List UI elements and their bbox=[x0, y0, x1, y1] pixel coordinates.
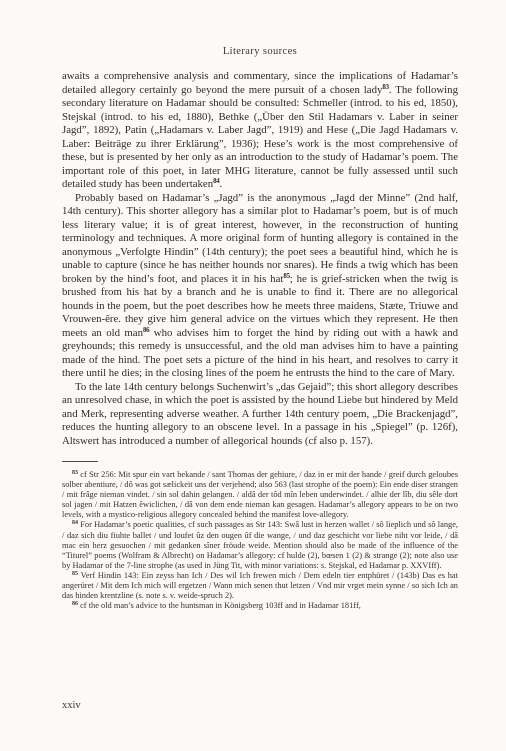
text-run: Probably based on Hadamar’s „Jagd” is th… bbox=[62, 192, 458, 285]
paragraph-1: awaits a comprehensive analysis and comm… bbox=[62, 70, 458, 192]
page-number: xxiv bbox=[62, 700, 81, 711]
footnote-marker: 85 bbox=[72, 571, 78, 577]
footnote-separator-rule bbox=[62, 461, 98, 462]
footnote-86: 86 cf the old man’s advice to the huntsm… bbox=[62, 601, 458, 611]
footnote-85: 85 Verf Hindin 143: Ein zeyss han Ich / … bbox=[62, 571, 458, 601]
footnote-marker: 86 bbox=[72, 601, 78, 607]
footnote-84: 84 For Hadamar’s poetic qualities, cf su… bbox=[62, 520, 458, 570]
footnote-text: cf Str 256: Mit spur ein vart bekande / … bbox=[62, 470, 458, 519]
footnote-text: Verf Hindin 143: Ein zeyss han Ich / Des… bbox=[62, 571, 458, 600]
running-head: Literary sources bbox=[62, 46, 458, 57]
footnote-marker: 84 bbox=[72, 520, 78, 526]
paragraph-2: Probably based on Hadamar’s „Jagd” is th… bbox=[62, 192, 458, 381]
book-page: Literary sources awaits a comprehensive … bbox=[0, 0, 506, 751]
text-run: . The following secondary literature on … bbox=[62, 84, 458, 191]
footnote-83: 83 cf Str 256: Mit spur ein vart bekande… bbox=[62, 470, 458, 520]
main-text: awaits a comprehensive analysis and comm… bbox=[62, 70, 458, 448]
text-run: . bbox=[220, 178, 223, 190]
footnote-text: cf the old man’s advice to the huntsman … bbox=[80, 601, 361, 610]
text-run: To the late 14th century belongs Suchenw… bbox=[62, 381, 458, 447]
footnotes-block: 83 cf Str 256: Mit spur ein vart bekande… bbox=[62, 470, 458, 611]
footnote-text: For Hadamar’s poetic qualities, cf such … bbox=[62, 520, 458, 569]
footnote-marker: 83 bbox=[72, 470, 78, 476]
paragraph-3: To the late 14th century belongs Suchenw… bbox=[62, 381, 458, 449]
